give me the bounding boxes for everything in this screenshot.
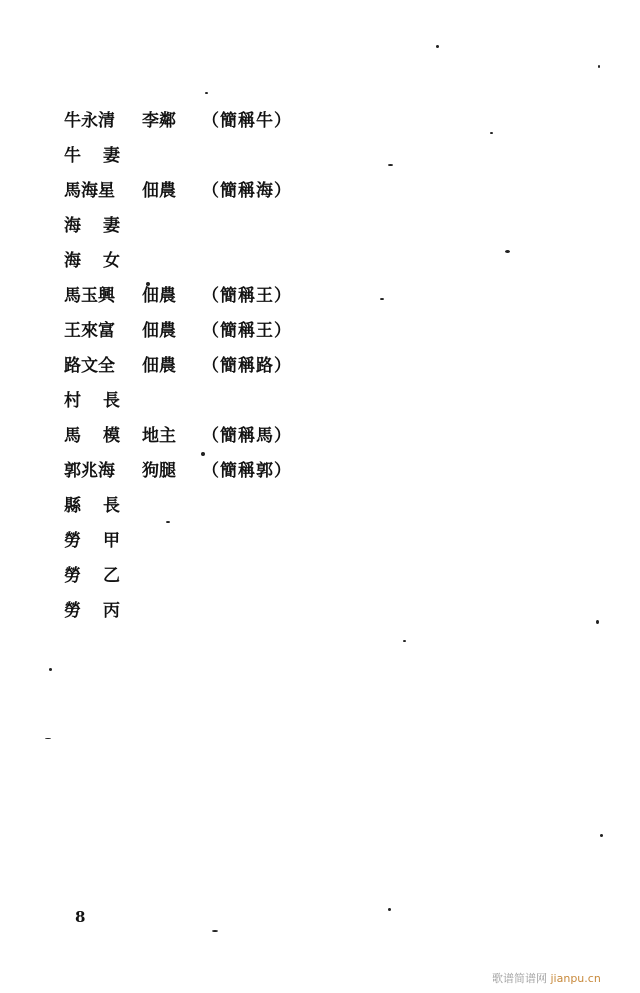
scan-speck xyxy=(600,834,603,837)
scan-speck xyxy=(490,132,493,134)
character-name: 勞乙 xyxy=(64,561,124,591)
character-role: 地主 xyxy=(142,421,176,451)
character-abbreviation: （簡稱牛） xyxy=(202,106,292,136)
scan-speck xyxy=(598,65,600,68)
character-abbreviation: （簡稱馬） xyxy=(202,421,292,451)
character-role: 佃農 xyxy=(142,176,176,206)
scan-speck xyxy=(166,521,170,523)
character-name: 路文全 xyxy=(64,351,124,381)
character-name: 勞丙 xyxy=(64,596,124,626)
scan-speck xyxy=(45,738,51,739)
scan-speck xyxy=(436,45,439,48)
scan-speck xyxy=(388,164,393,166)
scan-speck xyxy=(596,620,599,624)
character-abbreviation: （簡稱王） xyxy=(202,316,292,346)
character-name: 海女 xyxy=(64,246,124,276)
character-name: 馬模 xyxy=(64,421,124,451)
scan-speck xyxy=(49,668,52,671)
scan-speck xyxy=(146,282,150,286)
character-abbreviation: （簡稱路） xyxy=(202,351,292,381)
character-name: 勞甲 xyxy=(64,526,124,556)
character-role: 佃農 xyxy=(142,316,176,346)
character-abbreviation: （簡稱王） xyxy=(202,281,292,311)
watermark-domain: jianpu.cn xyxy=(551,972,601,985)
character-role: 佃農 xyxy=(142,351,176,381)
scan-speck xyxy=(403,640,406,642)
watermark-site: 歌谱简谱网 xyxy=(492,972,547,985)
scan-speck xyxy=(205,92,208,94)
character-name: 郭兆海 xyxy=(64,456,124,486)
character-name: 馬玉興 xyxy=(64,281,124,311)
page-number: 8 xyxy=(75,908,85,926)
scan-speck xyxy=(388,908,391,911)
character-name: 王來富 xyxy=(64,316,124,346)
watermark: 歌谱简谱网 jianpu.cn xyxy=(492,970,601,986)
character-abbreviation: （簡稱郭） xyxy=(202,456,292,486)
character-name: 村長 xyxy=(64,386,124,416)
character-name: 馬海星 xyxy=(64,176,124,206)
scan-speck xyxy=(505,250,510,253)
scan-speck xyxy=(201,452,205,456)
character-name: 縣長 xyxy=(64,491,124,521)
character-abbreviation: （簡稱海） xyxy=(202,176,292,206)
character-role: 狗腿 xyxy=(142,456,176,486)
character-role: 李鄰 xyxy=(142,106,176,136)
scan-speck xyxy=(380,298,384,300)
scan-speck xyxy=(212,930,218,932)
character-name: 海妻 xyxy=(64,211,124,241)
character-name: 牛永清 xyxy=(64,106,124,136)
character-name: 牛妻 xyxy=(64,141,124,171)
